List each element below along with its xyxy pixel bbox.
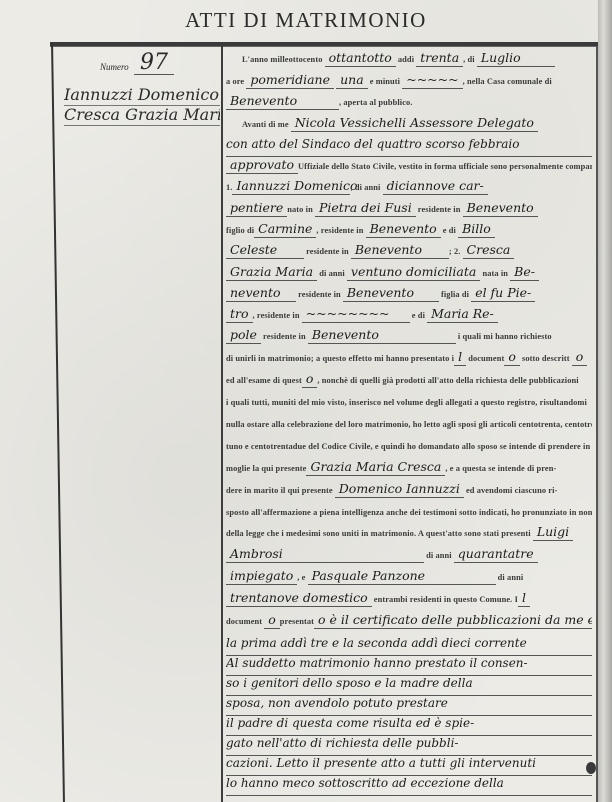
body-line-12: nevento residente in Benevento figlia di… — [226, 284, 592, 306]
body-line-20: moglie la qui presenteGrazia Maria Cresc… — [226, 458, 592, 480]
body-line-17: i quali tutti, muniti del mio visto, ins… — [226, 392, 592, 414]
body-line-16: ed all'esame di questo, nonchè di quelli… — [226, 370, 592, 392]
numero-label: Numero — [100, 62, 129, 72]
register-page: ATTI DI MATRIMONIO Numero 97 Iannuzzi Do… — [0, 0, 612, 802]
body-line-25: impiegato, e Pasquale Panzone di anni — [226, 567, 592, 589]
body-line-9: figlio diCarmine, residente in Benevento… — [226, 220, 592, 242]
body-line-22: sposto all'affermazione a piena intellig… — [226, 502, 592, 524]
column-divider — [221, 46, 223, 802]
body-line-2: a ore pomeridiane una e minuti ~~~~~, ne… — [226, 71, 592, 93]
body-line-8: pentierenato in Pietra dei Fusi resident… — [226, 199, 592, 221]
left-border-rule — [51, 44, 65, 802]
numero-value: 97 — [134, 52, 174, 75]
body-line-4: Avanti di me Nicola Vessichelli Assessor… — [226, 114, 592, 136]
body-line-10: Celeste residente in Benevento; 2. Cresc… — [226, 241, 592, 263]
body-line-13: tro, residente in ~~~~~~~~ e di Maria Re… — [226, 305, 592, 327]
body-line-21: dere in marito il qui presente Domenico … — [226, 480, 592, 502]
body-line-11: Grazia Maria di anni ventuno domiciliata… — [226, 263, 592, 285]
top-border-rule — [50, 42, 598, 47]
groom-margin-entry: Iannuzzi Domenico — [64, 86, 220, 106]
body-line-27: document opresentato è il certificato de… — [226, 611, 592, 633]
page-title: ATTI DI MATRIMONIO — [0, 8, 612, 33]
handwritten-line-8: lo hanno meco sottoscritto ad eccezione … — [226, 773, 592, 796]
body-line-7: 1.Iannuzzi Domenico, di anni diciannove … — [226, 177, 592, 199]
body-line-24: Ambrosi di anni quarantatre — [226, 545, 592, 567]
body-line-1: L'anno milleottocento ottantotto addì tr… — [226, 49, 592, 71]
body-line-15: di unirli in matrimonio; a questo effett… — [226, 348, 592, 370]
body-line-14: pole residente in Benevento i quali mi h… — [226, 326, 592, 348]
body-line-18: nulla ostare alla celebrazione del loro … — [226, 414, 592, 436]
body-line-26: trentanove domestico entrambi residenti … — [226, 589, 592, 611]
body-line-23: della legge che i medesimi sono uniti in… — [226, 523, 592, 545]
book-binding — [598, 0, 612, 802]
body-line-19: tuno e centotrentadue del Codice Civile,… — [226, 436, 592, 458]
body-line-6: approvatoUffiziale dello Stato Civile, v… — [226, 156, 592, 178]
body-line-3: Benevento, aperta al pubblico. — [226, 92, 592, 114]
body-line-5: con atto del Sindaco del quattro scorso … — [226, 134, 592, 157]
bride-margin-entry: Cresca Grazia Maria — [64, 106, 220, 126]
